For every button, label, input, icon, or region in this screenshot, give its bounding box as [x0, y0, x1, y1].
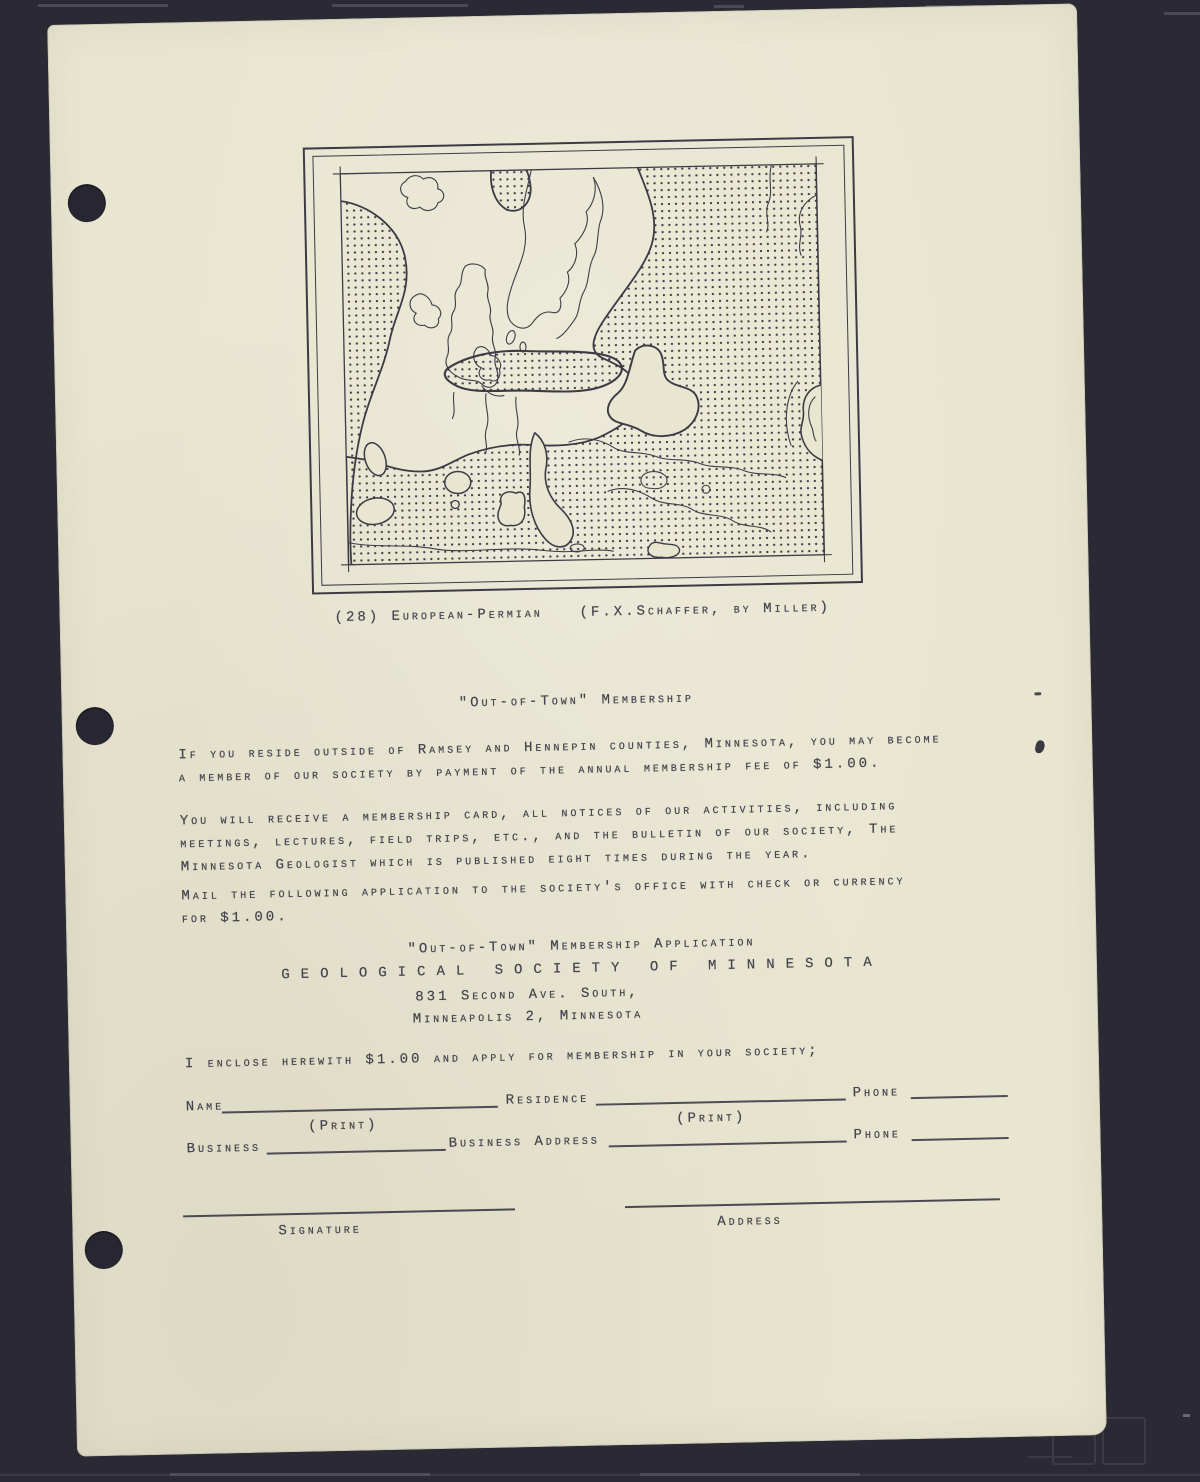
scan-artifact-dash	[714, 5, 744, 8]
residence-blank-line	[595, 1082, 845, 1105]
permian-map-figure	[301, 134, 866, 598]
address-line1-text: 831 Second Ave. South,	[415, 985, 640, 1006]
signature-rule	[183, 1208, 515, 1217]
phone-label-2: Phone	[853, 1123, 901, 1147]
membership-heading: "Out-of-Town" Membership	[61, 679, 1091, 724]
name-label: Name	[186, 1095, 225, 1119]
scan-artifact-dash	[332, 4, 468, 7]
phone-blank-line-2	[911, 1121, 1008, 1141]
residence-label: Residence	[506, 1088, 590, 1113]
figure-caption-title: (28) European-Permian	[334, 603, 543, 630]
business-label: Business	[186, 1137, 261, 1162]
figure-caption-credit: (F.X.Schaffer, by Miller)	[579, 597, 831, 625]
application-enclose-line: I enclose herewith $1.00 and apply for m…	[185, 1040, 820, 1076]
address-rule	[625, 1198, 1000, 1208]
punch-hole-top	[67, 184, 106, 223]
address-label: Address	[717, 1210, 783, 1234]
scan-artifact-dash	[1164, 12, 1200, 15]
business-address-blank-line	[608, 1124, 846, 1147]
name-blank-line	[222, 1090, 498, 1114]
address-line2-text: Minneapolis 2, Minnesota	[413, 1007, 644, 1028]
business-blank-line	[266, 1133, 445, 1155]
scan-artifact-dash	[170, 1473, 430, 1476]
scanned-page: (28) European-Permian (F.X.Schaffer, by …	[47, 3, 1107, 1456]
permian-map-svg	[301, 134, 866, 598]
phone-label-1: Phone	[852, 1081, 900, 1105]
business-address-label: Business Address	[448, 1130, 600, 1156]
membership-paragraph-2: You will receive a membership card, all …	[180, 792, 1061, 879]
scan-artifact-speck	[1183, 1414, 1190, 1417]
signature-label: Signature	[278, 1219, 362, 1244]
scan-artifact-dash	[640, 1473, 860, 1476]
scan-artifact-ghost	[1102, 1417, 1146, 1465]
phone-blank-line-1	[910, 1079, 1007, 1099]
punch-hole-bottom	[84, 1231, 123, 1270]
scan-artifact-dash	[38, 4, 168, 7]
membership-paragraph-1: If you reside outside of Ramsey and Henn…	[178, 726, 1059, 790]
